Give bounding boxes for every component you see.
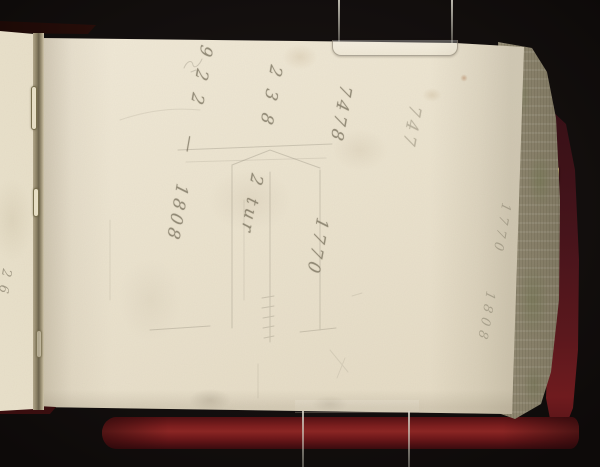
sketchbook-photograph: 747 7478 1770 2 3 8 2 tur 9 2 2 — 1808 1… — [0, 0, 600, 467]
inscription-line: 2 3 8 2 tur — [212, 62, 287, 364]
perspex-strap-top-edge — [451, 0, 453, 43]
inscription-line: 9 2 2 — 1808 — [143, 42, 218, 344]
stitching-thread — [33, 188, 39, 217]
perspex-strap-bottom-edge — [302, 411, 304, 467]
stitching-thread — [36, 330, 42, 358]
inscription-line: 7478 1770 — [282, 82, 357, 384]
perspex-strap-top — [332, 40, 458, 56]
bottom-cover-edge — [102, 417, 579, 449]
stitching-thread — [31, 86, 37, 130]
perspex-strap-top-edge — [338, 0, 340, 42]
perspex-strap-bottom — [295, 400, 419, 413]
perspex-strap-bottom-edge — [408, 411, 410, 467]
inscription-line: 747 — [351, 102, 426, 404]
